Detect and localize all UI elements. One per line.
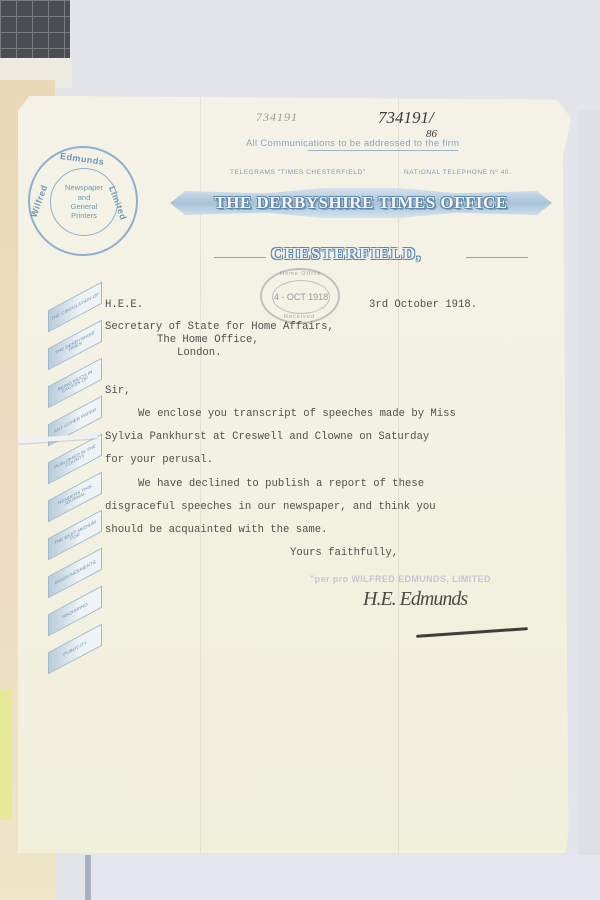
stamp-date-oval: 4 - OCT 1918 [272,280,330,314]
telegrams-address: Telegrams "Times Chesterfield" [230,169,366,176]
recipient-line: Secretary of State for Home Affairs, [105,321,334,333]
company-seal-emblem: Edmunds Wilfred Limited Newspaper and Ge… [28,146,138,256]
letter-sheet: 734191 734191/ 86 All Communications to … [18,96,574,853]
ink-reference-number: 734191/ [378,108,434,128]
seal-line: General [71,202,98,211]
seal-line: and [78,193,91,202]
handwritten-signature: H.E. Edmunds [363,588,467,611]
communications-notice: All Communications to be addressed to th… [246,138,459,149]
body-line: should be acquainted with the same. [105,524,328,536]
body-line: Sylvia Pankhurst at Creswell and Clowne … [105,431,429,443]
seal-line: Printers [71,211,97,220]
stamp-top-arc: Home Office [280,271,321,277]
cutting-mat-background [0,0,70,58]
body-line: disgraceful speeches in our newspaper, a… [105,501,436,513]
recipient-line: London. [177,347,222,359]
page-edge-shadow [578,110,600,870]
ornamental-rule [214,257,266,258]
bottom-mat [85,855,600,900]
stamp-date: 4 - OCT 1918 [274,292,328,302]
yellow-tab [0,690,12,820]
body-line: We have declined to publish a report of … [138,478,424,490]
pencil-reference-number: 734191 [256,110,298,125]
body-line: for your perusal. [105,454,213,466]
seal-line: Newspaper [65,183,103,192]
letter-date: 3rd October 1918. [369,299,477,311]
signature-underline [416,627,528,638]
ornamental-rule [466,257,528,258]
telephone-number: National Telephone Nº 40. [404,169,512,176]
seal-ring-left: Wilfred [28,183,49,218]
letter-reference: H.E.E. [105,299,143,311]
stamp-bottom-arc: Received [284,314,315,320]
letterhead-banner: The Derbyshire Times Office [170,184,552,222]
ornamental-rule [308,150,458,151]
per-pro-stamp: "per pro WILFRED EDMUNDS, LIMITED [310,574,491,584]
seal-ring-top: Edmunds [60,151,105,167]
home-office-received-stamp: Home Office 4 - OCT 1918 Received [260,268,340,324]
ribbon-column-ornament: The circulation of The Derbyshire Times … [48,286,108,686]
letterhead-city: Chesterfield, [271,244,421,264]
body-line: We enclose you transcript of speeches ma… [138,408,456,420]
salutation: Sir, [105,385,130,397]
letterhead-title: The Derbyshire Times Office [214,193,507,213]
closing: Yours faithfully, [290,547,398,559]
seal-center: Newspaper and General Printers [50,168,118,236]
recipient-line: The Home Office, [157,334,259,346]
